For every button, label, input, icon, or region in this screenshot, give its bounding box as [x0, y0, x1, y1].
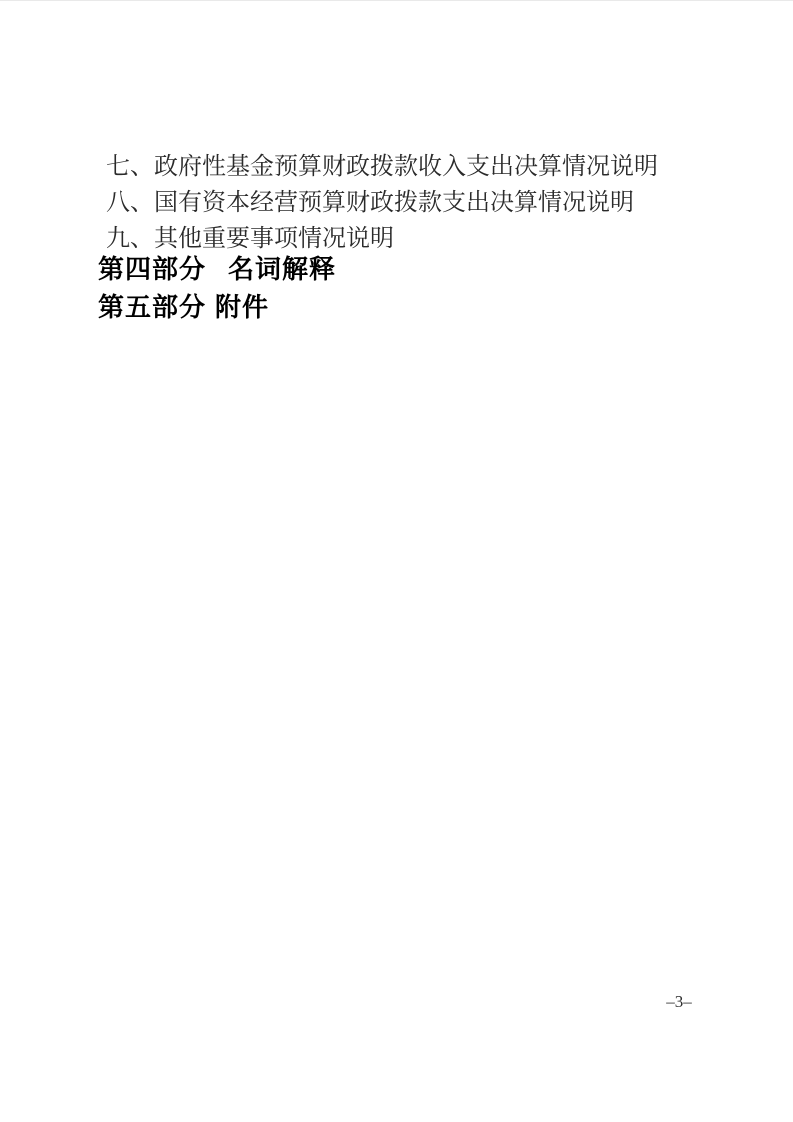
part-heading-4-label: 第四部分 — [98, 254, 206, 284]
part-heading-5-label: 第五部分 — [98, 292, 206, 322]
toc-item-7: 七、政府性基金预算财政拨款收入支出决算情况说明 — [106, 155, 658, 179]
document-page: 七、政府性基金预算财政拨款收入支出决算情况说明 八、国有资本经营预算财政拨款支出… — [0, 0, 793, 1122]
part-heading-4: 第四部分名词解释 — [98, 256, 336, 282]
page-number: –3– — [655, 992, 703, 1012]
page-top-scan-edge — [0, 0, 793, 1]
toc-item-9: 九、其他重要事项情况说明 — [106, 227, 394, 251]
part-heading-5: 第五部分附件 — [98, 294, 269, 320]
part-heading-4-title: 名词解释 — [228, 254, 336, 284]
toc-item-8: 八、国有资本经营预算财政拨款支出决算情况说明 — [106, 191, 634, 215]
part-heading-5-title: 附件 — [215, 292, 269, 322]
